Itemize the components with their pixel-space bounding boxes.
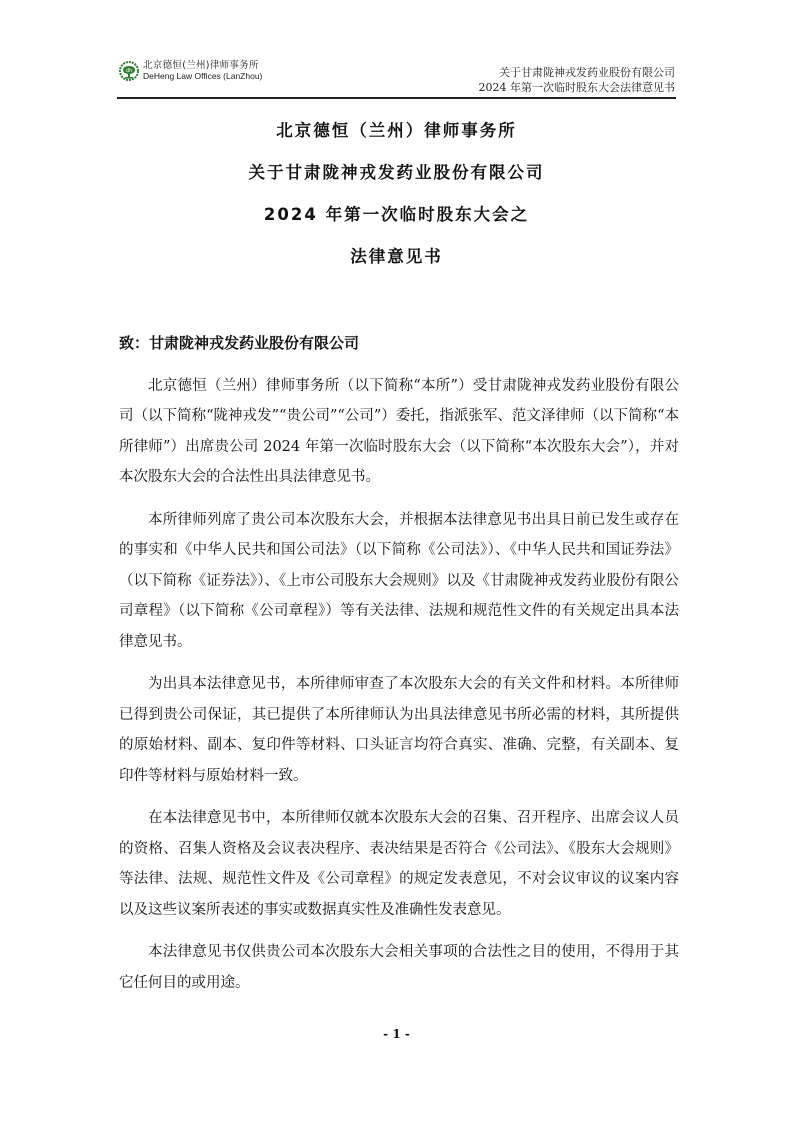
paragraph-2: 本所律师列席了贵公司本次股东大会，并根据本法律意见书出具日前已发生或存在的事实和… bbox=[119, 505, 679, 658]
header-divider bbox=[117, 97, 676, 99]
document-body: 致：甘肃陇神戎发药业股份有限公司 北京德恒（兰州）律师事务所（以下简称“本所”）… bbox=[119, 328, 679, 1010]
addressee: 致：甘肃陇神戎发药业股份有限公司 bbox=[119, 328, 679, 359]
paragraph-5: 本法律意见书仅供贵公司本次股东大会相关事项的合法性之目的使用，不得用于其它任何目… bbox=[119, 937, 679, 998]
paragraph-1: 北京德恒（兰州）律师事务所（以下简称“本所”）受甘肃陇神戎发药业股份有限公司（以… bbox=[119, 371, 679, 493]
paragraph-3: 为出具本法律意见书，本所律师审查了本次股东大会的有关文件和材料。本所律师已得到贵… bbox=[119, 669, 679, 791]
header-document-title: 关于甘肃陇神戎发药业股份有限公司 2024 年第一次临时股东大会法律意见书 bbox=[479, 65, 676, 95]
title-line-1: 北京德恒（兰州）律师事务所 bbox=[0, 118, 793, 160]
firm-name-cn: 北京德恒(兰州)律师事务所 bbox=[143, 60, 262, 71]
page-number: - 1 - bbox=[0, 1027, 793, 1041]
firm-logo: dh 北京德恒(兰州)律师事务所 DeHeng Law Offices (Lan… bbox=[119, 60, 262, 82]
paragraph-4: 在本法律意见书中，本所律师仅就本次股东大会的召集、召开程序、出席会议人员的资格、… bbox=[119, 803, 679, 925]
title-line-3: 2024 年第一次临时股东大会之 bbox=[0, 202, 793, 244]
title-line-2: 关于甘肃陇神戎发药业股份有限公司 bbox=[0, 160, 793, 202]
title-line-4: 法律意见书 bbox=[0, 244, 793, 286]
law-firm-emblem-icon: dh bbox=[119, 61, 139, 81]
page-header: dh 北京德恒(兰州)律师事务所 DeHeng Law Offices (Lan… bbox=[113, 56, 679, 96]
header-line-2: 2024 年第一次临时股东大会法律意见书 bbox=[479, 80, 676, 95]
document-title: 北京德恒（兰州）律师事务所 关于甘肃陇神戎发药业股份有限公司 2024 年第一次… bbox=[0, 118, 793, 286]
firm-name-en: DeHeng Law Offices (LanZhou) bbox=[143, 71, 262, 82]
header-line-1: 关于甘肃陇神戎发药业股份有限公司 bbox=[479, 65, 676, 80]
